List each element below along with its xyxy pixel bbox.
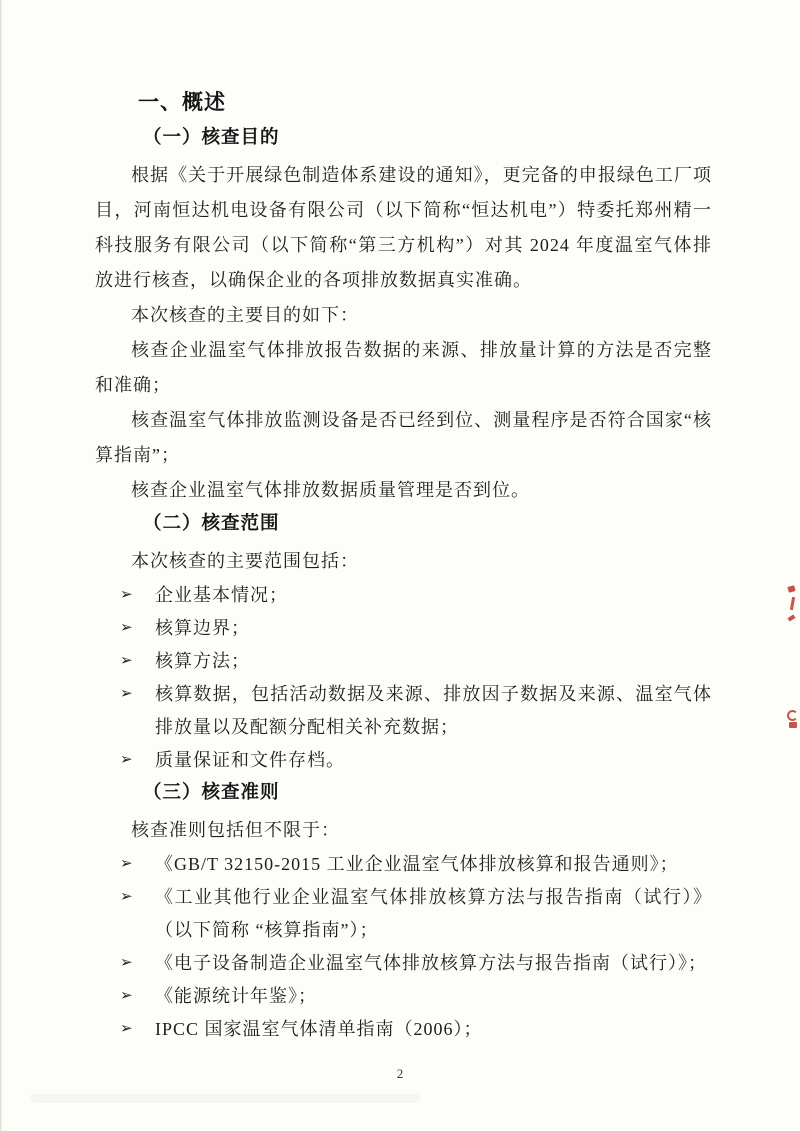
paragraph: 本次核查的主要目的如下： [95, 298, 712, 333]
list-item-text: 《GB/T 32150-2015 工业企业温室气体排放核算和报告通则》； [155, 848, 712, 881]
list-item-text: 质量保证和文件存档。 [155, 744, 712, 777]
paragraph: 核查企业温室气体排放数据质量管理是否到位。 [95, 473, 712, 508]
list-item: ➢ 核算数据，包括活动数据及来源、排放因子数据及来源、温室气体排放量以及配额分配… [95, 678, 712, 744]
arrow-bullet-icon: ➢ [120, 612, 155, 645]
document-content: 一、概述 （一）核查目的 根据《关于开展绿色制造体系建设的通知》，更完备的申报绿… [0, 0, 800, 1046]
arrow-bullet-icon: ➢ [120, 848, 155, 881]
paragraph: 根据《关于开展绿色制造体系建设的通知》，更完备的申报绿色工厂项目，河南恒达机电设… [95, 158, 712, 298]
paragraph: 本次核查的主要范围包括： [95, 544, 712, 579]
red-stamp-mark [787, 710, 798, 721]
list-item: ➢ 核算方法； [95, 645, 712, 678]
arrow-bullet-icon: ➢ [120, 1013, 155, 1046]
section-title-scope: （二）核查范围 [143, 510, 712, 538]
chapter-heading: 一、概述 [138, 88, 712, 116]
list-item: ➢ 企业基本情况； [95, 579, 712, 612]
arrow-bullet-icon: ➢ [120, 881, 155, 947]
page-number: 2 [0, 1066, 800, 1082]
list-item: ➢ 质量保证和文件存档。 [95, 744, 712, 777]
list-item-text: IPCC 国家温室气体清单指南（2006）； [155, 1013, 712, 1046]
arrow-bullet-icon: ➢ [120, 744, 155, 777]
list-item-text: 核算边界； [155, 612, 712, 645]
section-title-purpose: （一）核查目的 [143, 124, 712, 152]
document-page: 一、概述 （一）核查目的 根据《关于开展绿色制造体系建设的通知》，更完备的申报绿… [0, 0, 800, 1131]
paragraph: 核查准则包括但不限于： [95, 813, 712, 848]
paragraph: 核查企业温室气体排放报告数据的来源、排放量计算的方法是否完整和准确； [95, 333, 712, 403]
arrow-bullet-icon: ➢ [120, 678, 155, 744]
list-item-text: 《能源统计年鉴》； [155, 980, 712, 1013]
scan-smudge [30, 1094, 420, 1103]
list-item: ➢ 《能源统计年鉴》； [95, 980, 712, 1013]
list-item: ➢ 《电子设备制造企业温室气体排放核算方法与报告指南（试行）》； [95, 947, 712, 980]
arrow-bullet-icon: ➢ [120, 947, 155, 980]
list-item-text: 企业基本情况； [155, 579, 712, 612]
list-item-text: 核算方法； [155, 645, 712, 678]
paragraph: 核查温室气体排放监测设备是否已经到位、测量程序是否符合国家“核算指南”； [95, 403, 712, 473]
list-item: ➢ IPCC 国家温室气体清单指南（2006）； [95, 1013, 712, 1046]
arrow-bullet-icon: ➢ [120, 579, 155, 612]
list-item-text: 《工业其他行业企业温室气体排放核算方法与报告指南（试行）》（以下简称 “核算指南… [155, 881, 712, 947]
list-item-text: 《电子设备制造企业温室气体排放核算方法与报告指南（试行）》； [155, 947, 712, 980]
list-item: ➢ 《工业其他行业企业温室气体排放核算方法与报告指南（试行）》（以下简称 “核算… [95, 881, 712, 947]
red-stamp-mark [789, 722, 797, 728]
section-title-criteria: （三）核查准则 [143, 779, 712, 807]
arrow-bullet-icon: ➢ [120, 980, 155, 1013]
arrow-bullet-icon: ➢ [120, 645, 155, 678]
list-item: ➢ 《GB/T 32150-2015 工业企业温室气体排放核算和报告通则》； [95, 848, 712, 881]
list-item: ➢ 核算边界； [95, 612, 712, 645]
list-item-text: 核算数据，包括活动数据及来源、排放因子数据及来源、温室气体排放量以及配额分配相关… [155, 678, 712, 744]
